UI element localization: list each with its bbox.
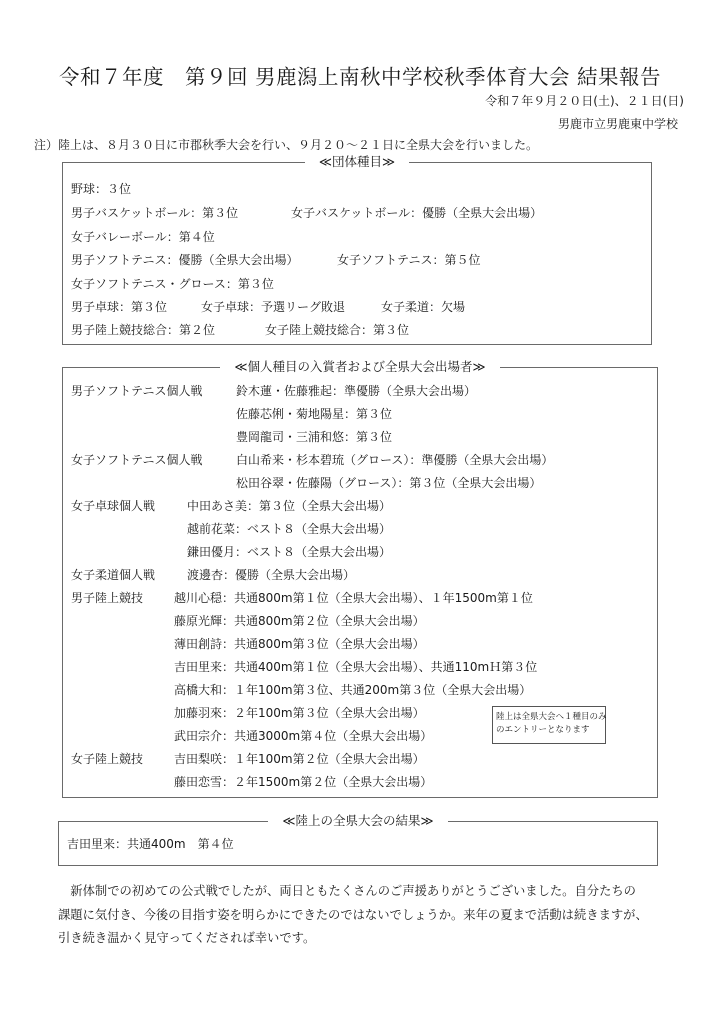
closing-line: 新体制での初めての公式戦でしたが、両日ともたくさんのご声援ありがとうございました…	[58, 880, 698, 904]
individual-result: 吉田梨咲：１年100m第２位（全県大会出場）	[174, 751, 425, 767]
team-events-box: ≪団体種目≫ 野球：３位 男子バスケットボール：第３位 女子バスケットボール：優…	[62, 162, 652, 345]
team-result: 女子バレーボール：第４位	[71, 229, 215, 245]
track-entry-note-line: のエントリーとなります	[496, 724, 603, 737]
individual-result: 渡邊杏：優勝（全県大会出場）	[187, 567, 355, 583]
event-label: 男子ソフトテニス個人戦	[71, 383, 203, 399]
school-name: 男鹿市立男鹿東中学校	[558, 115, 678, 132]
track-prefectural-heading: ≪陸上の全県大会の結果≫	[59, 812, 657, 830]
closing-line: 引き続き温かく見守ってくだされば幸いです。	[58, 927, 698, 951]
team-result: 女子バスケットボール：優勝（全県大会出場）	[291, 205, 542, 221]
team-result: 女子柔道：欠場	[381, 299, 465, 315]
individual-result: 佐藤芯俐・菊地陽星：第３位	[236, 406, 392, 422]
individual-result: 藤原光輝：共通800m第２位（全県大会出場）	[174, 613, 425, 629]
individual-result: 松田谷翠・佐藤陽（グロース）：第３位（全県大会出場）	[236, 475, 541, 491]
individual-result: 藤田恋雪：２年1500m第２位（全県大会出場）	[174, 774, 432, 790]
page-title: 令和７年度 第９回 男鹿潟上南秋中学校秋季体育大会 結果報告	[0, 60, 720, 90]
individual-result: 武田宗介：共通3000m第４位（全県大会出場）	[174, 728, 432, 744]
team-result: 男子ソフトテニス：優勝（全県大会出場）	[71, 252, 299, 268]
team-result: 女子ソフトテニス・グロース：第３位	[71, 276, 274, 292]
individual-result: 吉田里来：共通400m第１位（全県大会出場）、共通110mＨ第３位	[174, 659, 537, 675]
event-date: 令和７年９月２０日(土)、２１日(日)	[485, 92, 684, 109]
individual-result: 白山希来・杉本碧琉（グロース）：準優勝（全県大会出場）	[236, 452, 553, 468]
individual-result: 中田あさ美：第３位（全県大会出場）	[187, 498, 391, 514]
event-label: 男子陸上競技	[71, 590, 143, 606]
team-result: 女子卓球：予選リーグ敗退	[201, 299, 345, 315]
track-prefectural-box: ≪陸上の全県大会の結果≫ 吉田里来：共通400m 第４位	[58, 821, 658, 866]
individual-result: 高橋大和：１年100m第３位、共通200m第３位（全県大会出場）	[174, 682, 531, 698]
individual-result: 鎌田優月：ベスト８（全県大会出場）	[187, 544, 391, 560]
closing-message: 新体制での初めての公式戦でしたが、両日ともたくさんのご声援ありがとうございました…	[58, 880, 698, 951]
individual-result: 加藤羽來：２年100m第３位（全県大会出場）	[174, 705, 425, 721]
team-result: 男子陸上競技総合：第２位	[71, 322, 215, 338]
team-result: 野球：３位	[71, 181, 131, 197]
individual-result: 豊岡龍司・三浦和悠：第３位	[236, 429, 392, 445]
individual-events-heading: ≪個人種目の入賞者および全県大会出場者≫	[63, 358, 657, 376]
team-result: 男子バスケットボール：第３位	[71, 205, 238, 221]
individual-result: 越前花菜：ベスト８（全県大会出場）	[187, 521, 391, 537]
team-result: 女子ソフトテニス：第５位	[337, 252, 481, 268]
team-result: 女子陸上競技総合：第３位	[265, 322, 409, 338]
track-entry-note: 陸上は全県大会へ１種目のみ のエントリーとなります	[492, 706, 606, 744]
closing-line: 課題に気付き、今後の目指す姿を明らかにできたのではないでしょうか。来年の夏まで活…	[58, 904, 698, 928]
team-events-heading: ≪団体種目≫	[63, 153, 651, 171]
individual-result: 鈴木蓮・佐藤雅起：準優勝（全県大会出場）	[236, 383, 476, 399]
event-label: 女子ソフトテニス個人戦	[71, 452, 203, 468]
track-prefectural-result: 吉田里来：共通400m 第４位	[67, 836, 234, 852]
track-entry-note-line: 陸上は全県大会へ１種目のみ	[496, 711, 603, 724]
event-label: 女子卓球個人戦	[71, 498, 155, 514]
individual-result: 薄田創詩：共通800m第３位（全県大会出場）	[174, 636, 425, 652]
track-note: 注）陸上は、８月３０日に市郡秋季大会を行い、９月２０～２１日に全県大会を行いまし…	[34, 136, 538, 153]
event-label: 女子柔道個人戦	[71, 567, 155, 583]
individual-result: 越川心穏：共通800m第１位（全県大会出場）、１年1500m第１位	[174, 590, 533, 606]
event-label: 女子陸上競技	[71, 751, 143, 767]
team-result: 男子卓球：第３位	[71, 299, 167, 315]
